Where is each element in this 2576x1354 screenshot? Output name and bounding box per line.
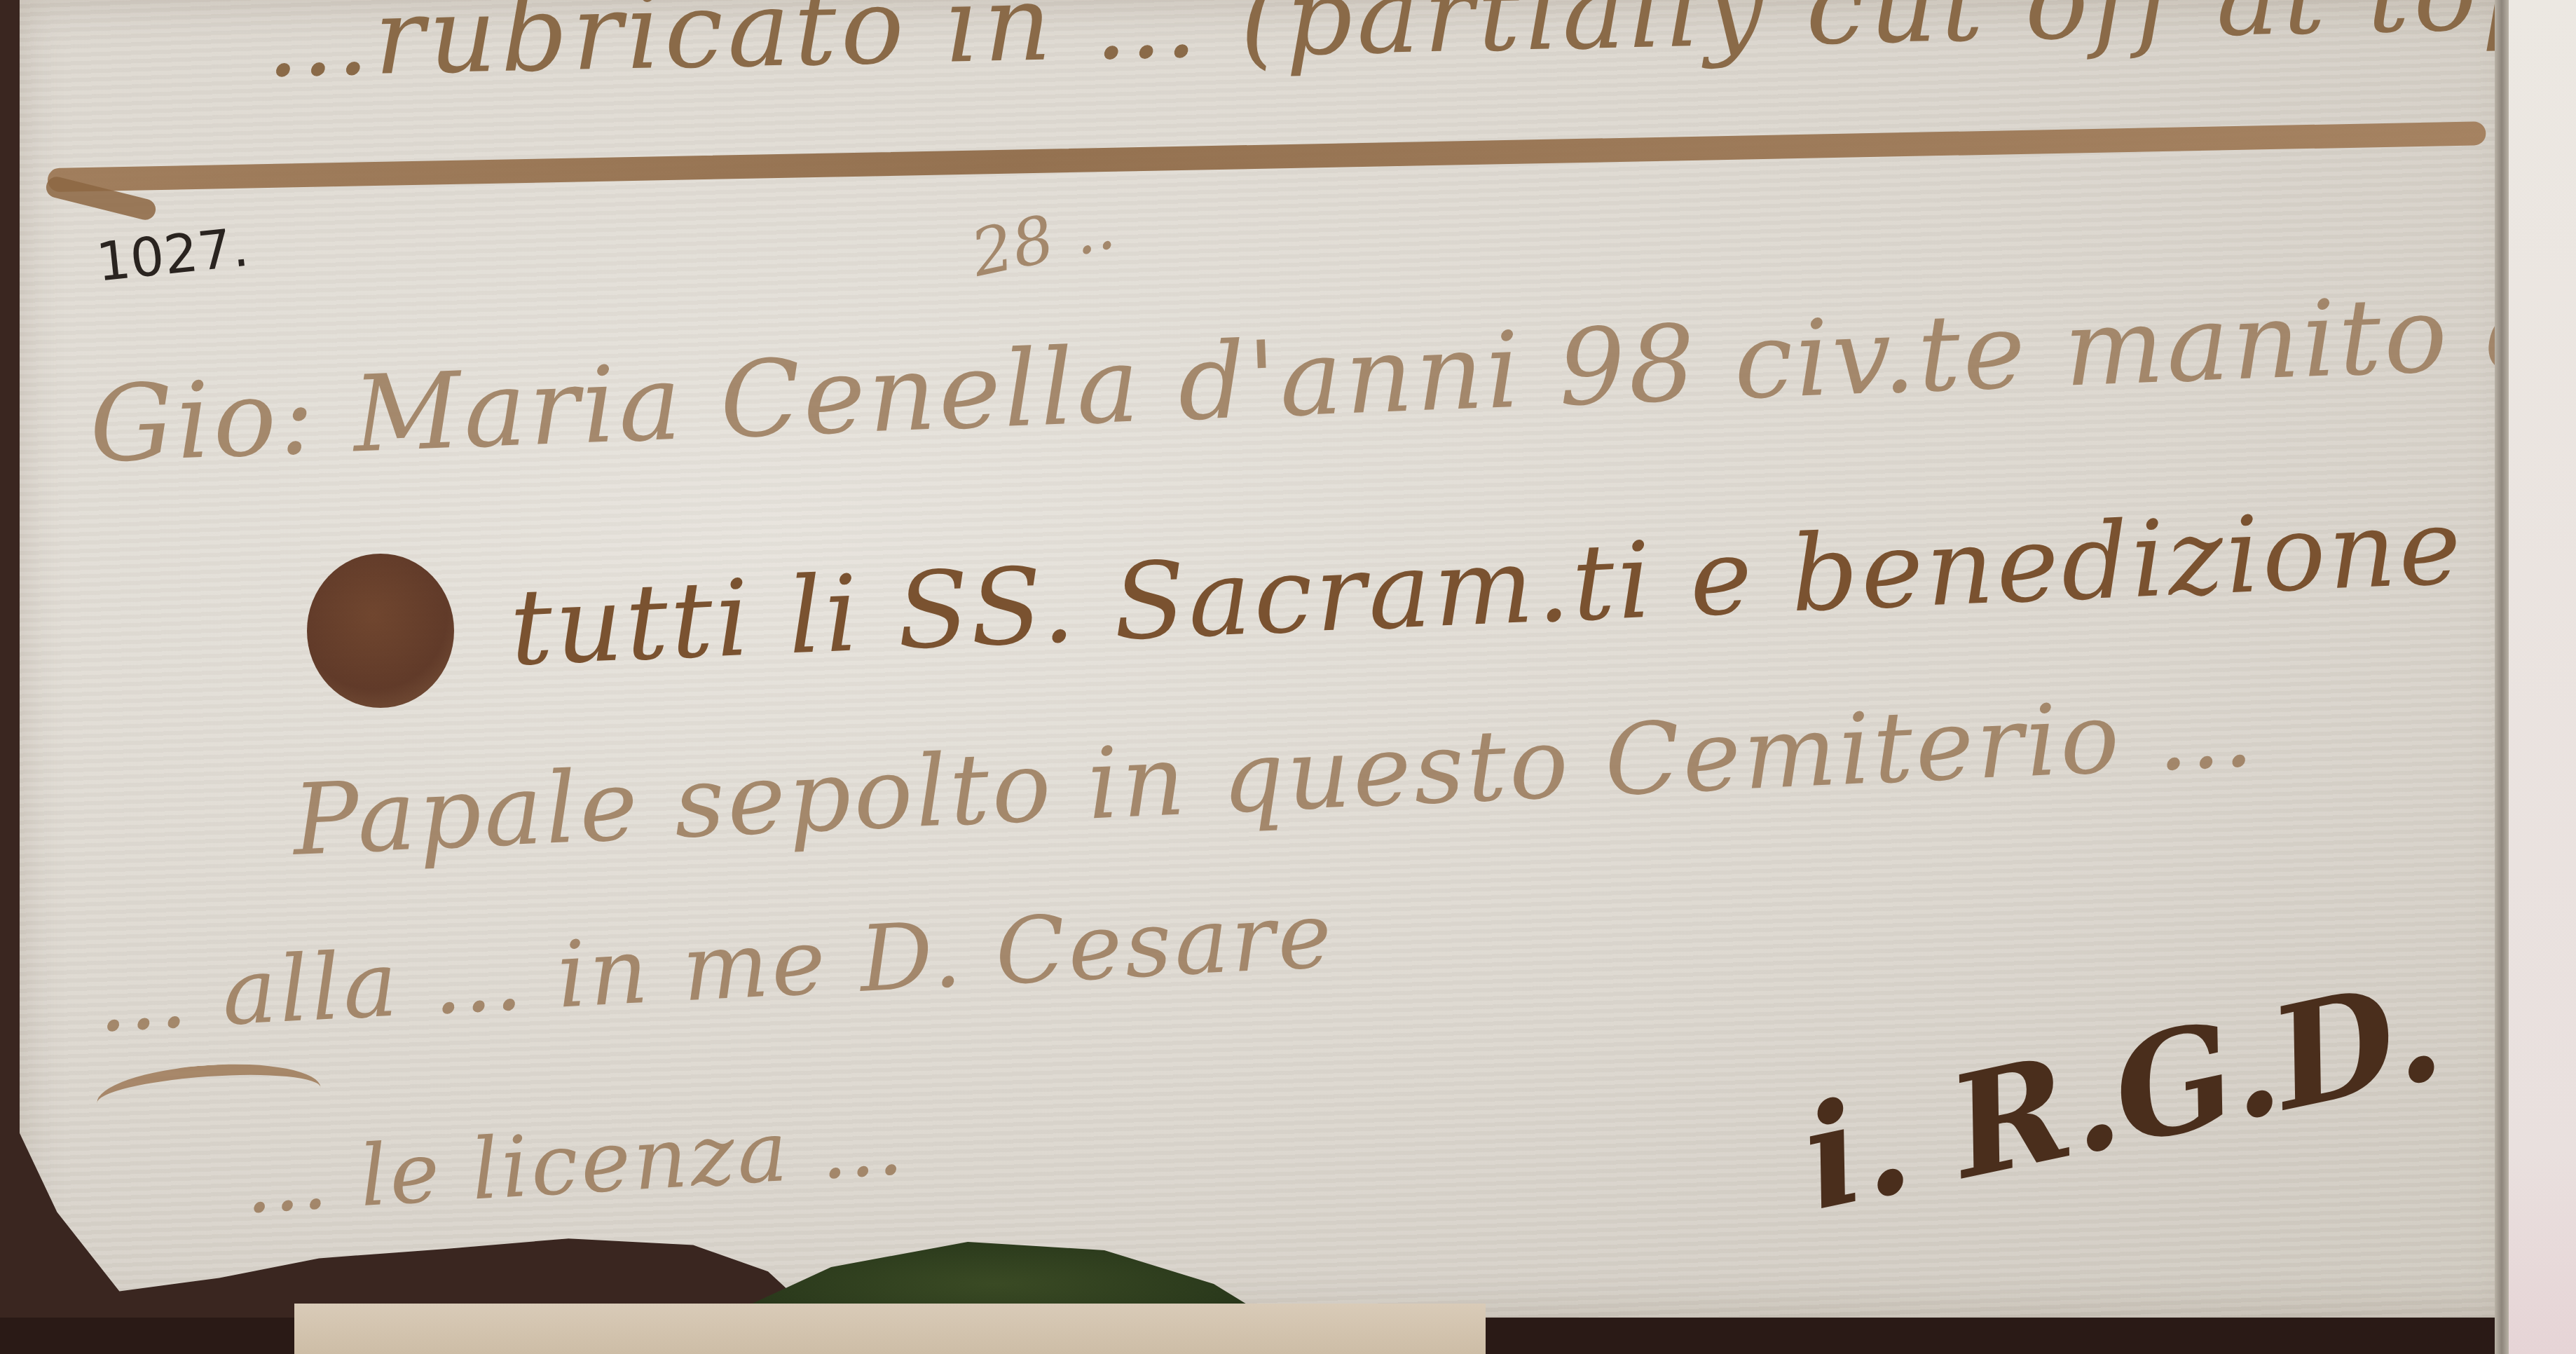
facing-page-edge <box>2509 0 2576 1354</box>
signature: i. R.G.D. <box>1790 947 2455 1242</box>
document-page: …rubricato in … (partially cut off at to… <box>20 0 2514 1318</box>
book-binding-edge <box>2495 0 2509 1354</box>
entry-line-2: tutti li SS. Sacram.ti e benedizione <box>507 486 2466 690</box>
entry-line-3: Papale sepolto in questo Cemiterio … <box>290 675 2259 878</box>
entry-line-1: Gio: Maria Cenella d'anni 98 civ.te mani… <box>88 268 2576 486</box>
entry-line-5: … le licenza … <box>241 1096 909 1233</box>
ruled-divider <box>48 121 2486 192</box>
entry-line-4: … alla … in me D. Cesare <box>94 882 1337 1053</box>
margin-flourish <box>95 1058 322 1133</box>
underlying-page <box>294 1304 1486 1354</box>
heading-line: …rubricato in … (partially cut off at to… <box>263 0 2576 101</box>
date-mark: 28 .. <box>965 189 1121 292</box>
entry-number: 1027. <box>93 216 252 294</box>
ink-blot <box>307 554 454 708</box>
